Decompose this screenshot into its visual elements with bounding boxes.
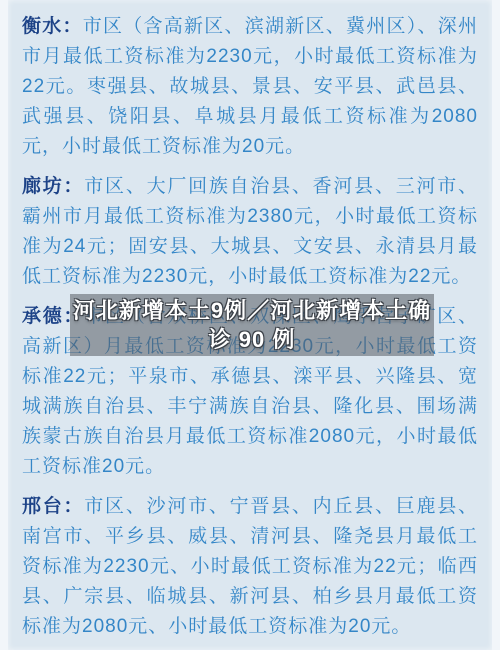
city-label-langfang: 廊坊： <box>22 176 84 197</box>
screenshot-stage: 衡水：市区（含高新区、滨湖新区、冀州区）、深州市月最低工资标准为2230元，小时… <box>0 0 500 650</box>
paragraph-langfang: 廊坊：市区、大厂回族自治县、香河县、三河市、霸州市月最低工资标准为2380元，小… <box>22 172 478 292</box>
city-wage-text-hengshui: 市区（含高新区、滨湖新区、冀州区）、深州市月最低工资标准为2230元，小时最低工… <box>22 16 478 157</box>
case-count-overlay: 河北新增本土9例／河北新增本土确 诊 90 例 <box>70 294 434 356</box>
city-label-xingtai: 邢台： <box>22 496 84 517</box>
paragraph-xingtai: 邢台：市区、沙河市、宁晋县、内丘县、巨鹿县、南宫市、平乡县、威县、清河县、隆尧县… <box>22 492 478 642</box>
overlay-text-line1: 河北新增本土9例／河北新增本土确 <box>73 296 431 325</box>
city-wage-text-langfang: 市区、大厂回族自治县、香河县、三河市、霸州市月最低工资标准为2380元，小时最低… <box>22 176 478 287</box>
overlay-text-line2: 诊 90 例 <box>209 325 296 354</box>
paragraph-hengshui: 衡水：市区（含高新区、滨湖新区、冀州区）、深州市月最低工资标准为2230元，小时… <box>22 12 478 162</box>
city-label-hengshui: 衡水： <box>22 16 83 37</box>
city-wage-text-xingtai: 市区、沙河市、宁晋县、内丘县、巨鹿县、南宫市、平乡县、威县、清河县、隆尧县月最低… <box>22 496 478 637</box>
